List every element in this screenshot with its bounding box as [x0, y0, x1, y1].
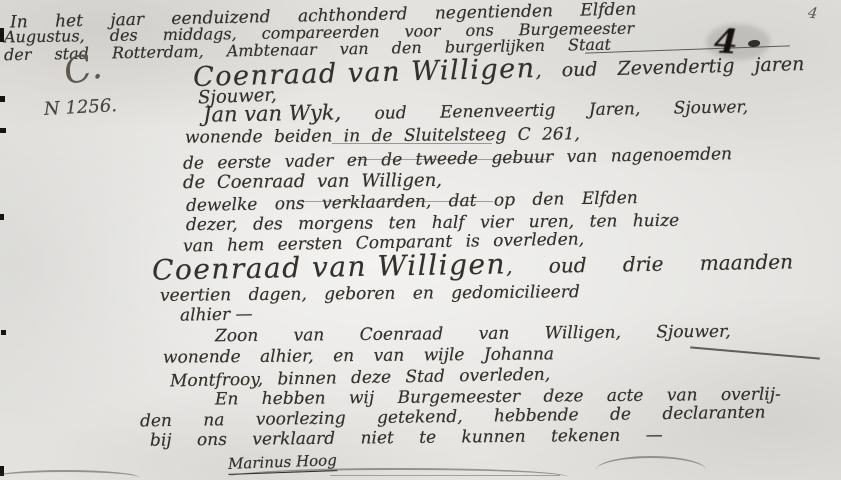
handwritten-line-19: wonende alhier, en van wijle Johanna	[163, 346, 554, 366]
declarant-1-age: , oud Zevendertig jaren	[535, 53, 804, 82]
cutoff-next-line-stroke	[596, 456, 706, 480]
record-number: N 1256.	[44, 97, 118, 119]
handwritten-line-23: bij ons verklaard niet te kunnen tekenen…	[150, 427, 663, 449]
scan-edge-speck	[0, 214, 4, 220]
pen-stroke	[298, 201, 493, 202]
cutoff-next-line-stroke	[228, 468, 568, 480]
declarant-2-age: oud Eenenveertig Jaren, Sjouwer,	[341, 97, 748, 124]
handwritten-line-11: de Coenraad van Willigen,	[183, 172, 442, 192]
declarant-2-line: Jan van Wyk, oud Eenenveertig Jaren, Sjo…	[203, 95, 748, 126]
cutoff-next-line-stroke	[330, 475, 560, 476]
deceased-age: , oud drie maanden	[506, 249, 793, 278]
declarant-2-name: Jan van Wyk,	[203, 100, 342, 126]
pen-stroke	[352, 159, 552, 160]
scan-edge-speck	[0, 96, 5, 102]
handwritten-line-17: alhier —	[180, 306, 253, 324]
pen-stroke	[690, 346, 820, 359]
margin-flourish: C.	[61, 48, 105, 91]
handwritten-line-18: Zoon van Coenraad van Willigen, Sjouwer,	[215, 324, 731, 346]
handwritten-line-13: dezer, des morgens ten half vier uren, t…	[186, 213, 679, 234]
page-corner-mark: 4	[807, 5, 819, 21]
ink-blot: 4	[713, 21, 739, 62]
handwritten-line-16: veertien dagen, geboren en gedomicilieer…	[160, 284, 580, 305]
scan-edge-speck	[0, 128, 6, 133]
scanned-document-page: In het jaar eenduizend achthonderd negen…	[0, 0, 841, 480]
pen-stroke	[332, 143, 492, 144]
scan-edge-speck	[1, 330, 6, 335]
scan-edge-speck	[0, 28, 4, 42]
deceased-name-line: Coenraad van Willigen, oud drie maanden	[152, 245, 793, 284]
deceased-name: Coenraad van Willigen	[152, 247, 507, 286]
cutoff-next-line-stroke	[0, 470, 140, 480]
